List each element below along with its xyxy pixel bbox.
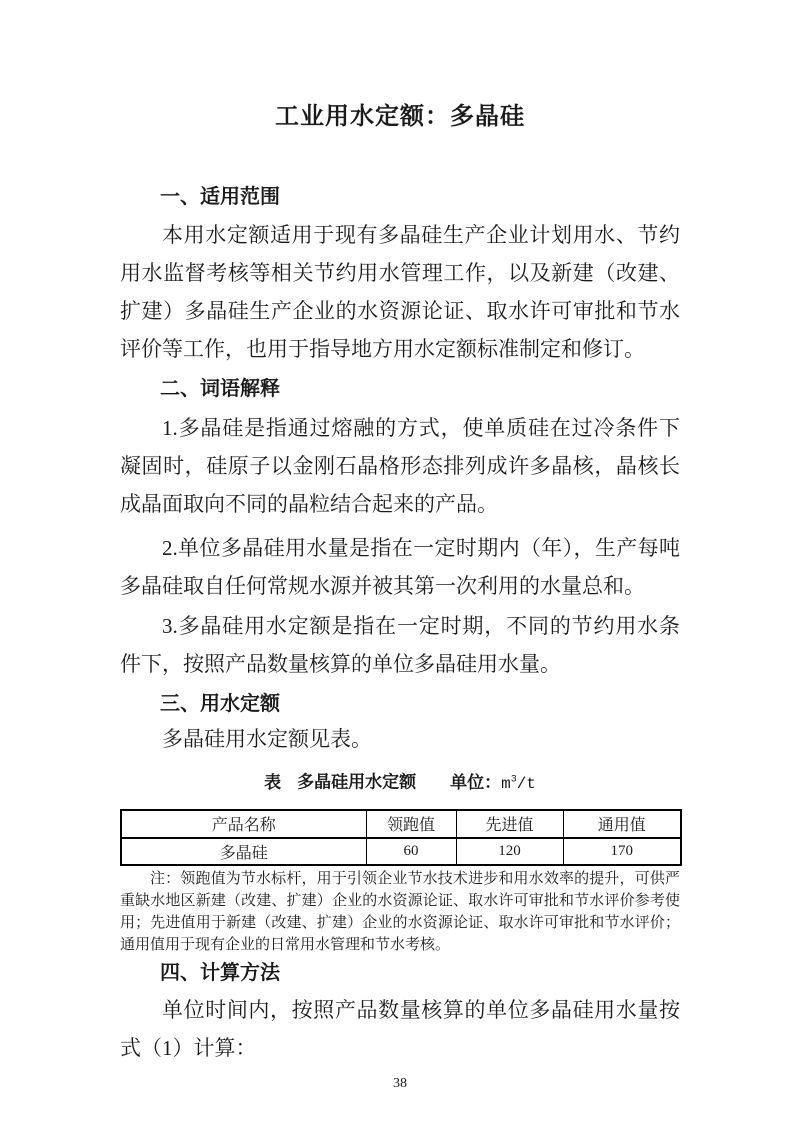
paragraph-term-1: 1.多晶硅是指通过熔融的方式，使单质硅在过冷条件下凝固时，硅原子以金刚石晶格形态… [120,409,680,523]
table-header-row: 产品名称 领跑值 先进值 通用值 [121,810,681,838]
paragraph-term-3: 3.多晶硅用水定额是指在一定时期，不同的节约用水条件下，按照产品数量核算的单位多… [120,607,680,683]
table-caption-label: 表 [264,773,281,792]
cell-general-value: 170 [563,838,681,865]
col-header-leading-value: 领跑值 [366,810,456,838]
section-heading-scope: 一、适用范围 [120,182,680,212]
section-heading-terms: 二、词语解释 [120,374,680,404]
paragraph-calculation: 单位时间内，按照产品数量核算的单位多晶硅用水量按式（1）计算： [120,991,680,1067]
cell-leading-value: 60 [366,838,456,865]
quota-table: 产品名称 领跑值 先进值 通用值 多晶硅 60 120 170 [120,809,682,866]
table-row: 多晶硅 60 120 170 [121,838,681,865]
page-title: 工业用水定额：多晶硅 [120,100,680,134]
paragraph-scope: 本用水定额适用于现有多晶硅生产企业计划用水、节约用水监督考核等相关节约用水管理工… [120,216,680,368]
table-unit-suffix: /t [517,775,536,793]
table-unit-label: 单位： [450,773,501,792]
cell-advanced-value: 120 [456,838,563,865]
table-caption: 表多晶硅用水定额单位：m3/t [120,768,680,796]
section-heading-quota: 三、用水定额 [120,689,680,719]
col-header-product-name: 产品名称 [121,810,366,838]
paragraph-term-2: 2.单位多晶硅用水量是指在一定时期内（年），生产每吨多晶硅取自任何常规水源并被其… [120,529,680,605]
document-page: 工业用水定额：多晶硅 一、适用范围 本用水定额适用于现有多晶硅生产企业计划用水、… [0,0,800,1131]
col-header-advanced-value: 先进值 [456,810,563,838]
cell-product-name: 多晶硅 [121,838,366,865]
section-heading-calculation: 四、计算方法 [120,958,680,988]
table-unit: 单位：m3/t [450,773,536,792]
table-note: 注：领跑值为节水标杆，用于引领企业节水技术进步和用水效率的提升，可供严重缺水地区… [120,868,680,956]
col-header-general-value: 通用值 [563,810,681,838]
table-unit-base: m [501,775,511,793]
table-caption-title: 多晶硅用水定额 [297,773,416,792]
page-number: 38 [120,1075,680,1093]
paragraph-quota-intro: 多晶硅用水定额见表。 [120,720,680,758]
